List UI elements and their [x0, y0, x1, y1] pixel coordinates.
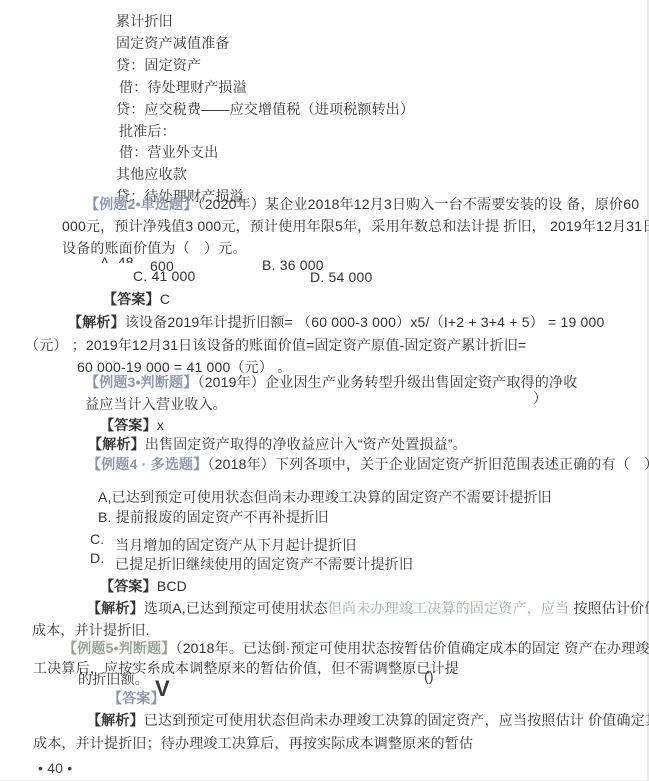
q4-answer-label: 【答案】	[100, 578, 157, 594]
q5-answer: V	[155, 681, 170, 697]
q5-text: （2018年。已达倒·预定可使用状态按暂估价值确定成本的固定 资产在办理竣	[176, 640, 649, 656]
q3-answer: x	[157, 417, 164, 433]
q2-answer: C	[160, 291, 170, 307]
document-page: 累计折旧 固定资产减值准备 贷：固定资产 借：待处理财产损溢 贷：应交税费——应…	[0, 0, 649, 781]
q4-analysis-line1: 【解析】选项A,已达到预定可使用状态但尚未办理竣工决算的固定资产，应当 按照估计…	[87, 600, 649, 616]
q2-analysis-text: 该设备2019年计提折旧额= （60 000-3 000）x5/（I+2 + 3…	[125, 314, 605, 330]
q4-answer-line: 【答案】BCD	[100, 578, 187, 594]
ledger-line: 固定资产减值准备	[116, 35, 230, 51]
q4-option-c-letter: C.	[90, 531, 104, 547]
q2-option-a-clipped: A. 48	[100, 254, 134, 263]
ledger-line: 贷：固定资产	[116, 57, 201, 73]
q5-analysis-text: 已达到预定可使用状态但尚未办理竣工决算的固定资产，应当按照估计 价值确定其	[144, 712, 649, 728]
q2-answer-label: 【答案】	[103, 291, 160, 307]
q3-analysis-text: 出售固定资产取得的净收益应计入“资产处置损益”。	[145, 436, 467, 452]
q5-line3: 的折旧额。	[78, 671, 149, 687]
q5-line1: 【例题5•判断题】（2018年。已达倒·预定可使用状态按暂估价值确定成本的固定 …	[63, 640, 649, 656]
ledger-line: 其他应收款	[116, 166, 187, 182]
q2-option-d: D. 54 000	[310, 269, 373, 285]
q4-text: （2018年）下列各项中，关于企业固定资产折旧范围表述正确的有（ ）	[207, 456, 649, 472]
q2-analysis-line1: 【解析】该设备2019年计提折旧额= （60 000-3 000）x5/（I+2…	[68, 314, 605, 330]
q3-text: （2019年）企业因生产业务转型升级出售固定资产取得的净收	[198, 374, 578, 390]
q4-analysis-line2: 成本，并计提折旧.	[32, 622, 150, 638]
q4-option-d-letter: D.	[90, 550, 104, 566]
q2-line3: 设备的账面价值为（ ）元。	[62, 240, 247, 256]
q4-analysis-part1: 选项A,已达到预定可使用状态	[144, 600, 328, 616]
ledger-line: 借：待处理财产损溢	[119, 79, 247, 95]
q4-option-a: A,已达到预定可使用状态但尚未办理竣工决算的固定资产不需要计提折旧	[98, 489, 552, 505]
q5-brackets: ()	[424, 668, 434, 684]
q5-analysis-line1: 【解析】已达到预定可使用状态但尚未办理竣工决算的固定资产，应当按照估计 价值确定…	[87, 712, 649, 728]
q5-analysis-label: 【解析】	[87, 712, 144, 728]
q3-answer-line: 【答案】x	[100, 417, 164, 433]
q3-stray-paren: ）	[533, 390, 547, 406]
q2-analysis-label: 【解析】	[68, 314, 125, 330]
ledger-line: 累计折旧	[116, 13, 173, 29]
q3-answer-label: 【答案】	[100, 417, 157, 433]
q2-analysis-line3: 60 000-19 000 = 41 000（元） 。	[77, 359, 291, 375]
q5-analysis-line2: 成本，并计提折旧；待办理竣工决算后，再按实际成本调整原来的暂估	[33, 735, 473, 751]
q4-analysis-part2: 按照估计价值确定其	[569, 600, 649, 616]
q4-option-c-text: 当月增加的固定资产从下月起计提折旧	[115, 537, 356, 553]
page-number: • 40 •	[38, 760, 72, 776]
ledger-line: 批准后：	[119, 123, 176, 139]
q4-analysis-faded: 但尚未办理竣工决算的固定资产，应当	[328, 600, 569, 616]
ledger-line: 借：营业外支出	[119, 144, 218, 160]
q3-line2: 益应当计入营业收入。	[85, 396, 227, 412]
q2-line2: 000元，预计净残值3 000元，预计使用年限5年，采用年数总和法计提 折旧， …	[62, 218, 649, 234]
q2-line1: 【例题2•单选题】（2020年）某企业2018年12月3日购入一台不需要安装的设…	[85, 196, 639, 212]
q4-answer: BCD	[157, 578, 187, 594]
q4-option-b: B. 提前报废的固定资产不再补提折旧	[98, 509, 329, 525]
ledger-line: 贷：应交税费——应交增值税（进项税额转出）	[116, 101, 414, 117]
q2-analysis-line2: （元） ；2019年12月31日该设备的账面价值=固定资产原值-固定资产累计折旧…	[25, 337, 526, 353]
q2-label: 【例题2•单选题】	[85, 196, 198, 212]
q4-analysis-label: 【解析】	[87, 600, 144, 616]
q3-line1: 【例题3•判断题】（2019年）企业因生产业务转型升级出售固定资产取得的净收	[85, 374, 577, 390]
q4-line1: 【例题4 · 多选题】（2018年）下列各项中，关于企业固定资产折旧范围表述正确…	[87, 456, 649, 472]
q2-option-c: C. 41 000	[133, 268, 196, 284]
q2-text: （2020年）某企业2018年12月3日购入一台不需要安装的设 备，原价60	[198, 196, 640, 212]
q3-analysis-label: 【解析】	[88, 436, 145, 452]
q3-analysis-line: 【解析】出售固定资产取得的净收益应计入“资产处置损益”。	[88, 436, 467, 452]
q5-label: 【例题5•判断题】	[63, 640, 176, 656]
q2-answer-line: 【答案】C	[103, 291, 170, 307]
q4-option-d-text: 已提足折旧继续使用的固定资产不需要计提折旧	[115, 556, 413, 572]
q3-label: 【例题3•判断题】	[85, 374, 198, 390]
q4-label: 【例题4 · 多选题】	[87, 456, 207, 472]
